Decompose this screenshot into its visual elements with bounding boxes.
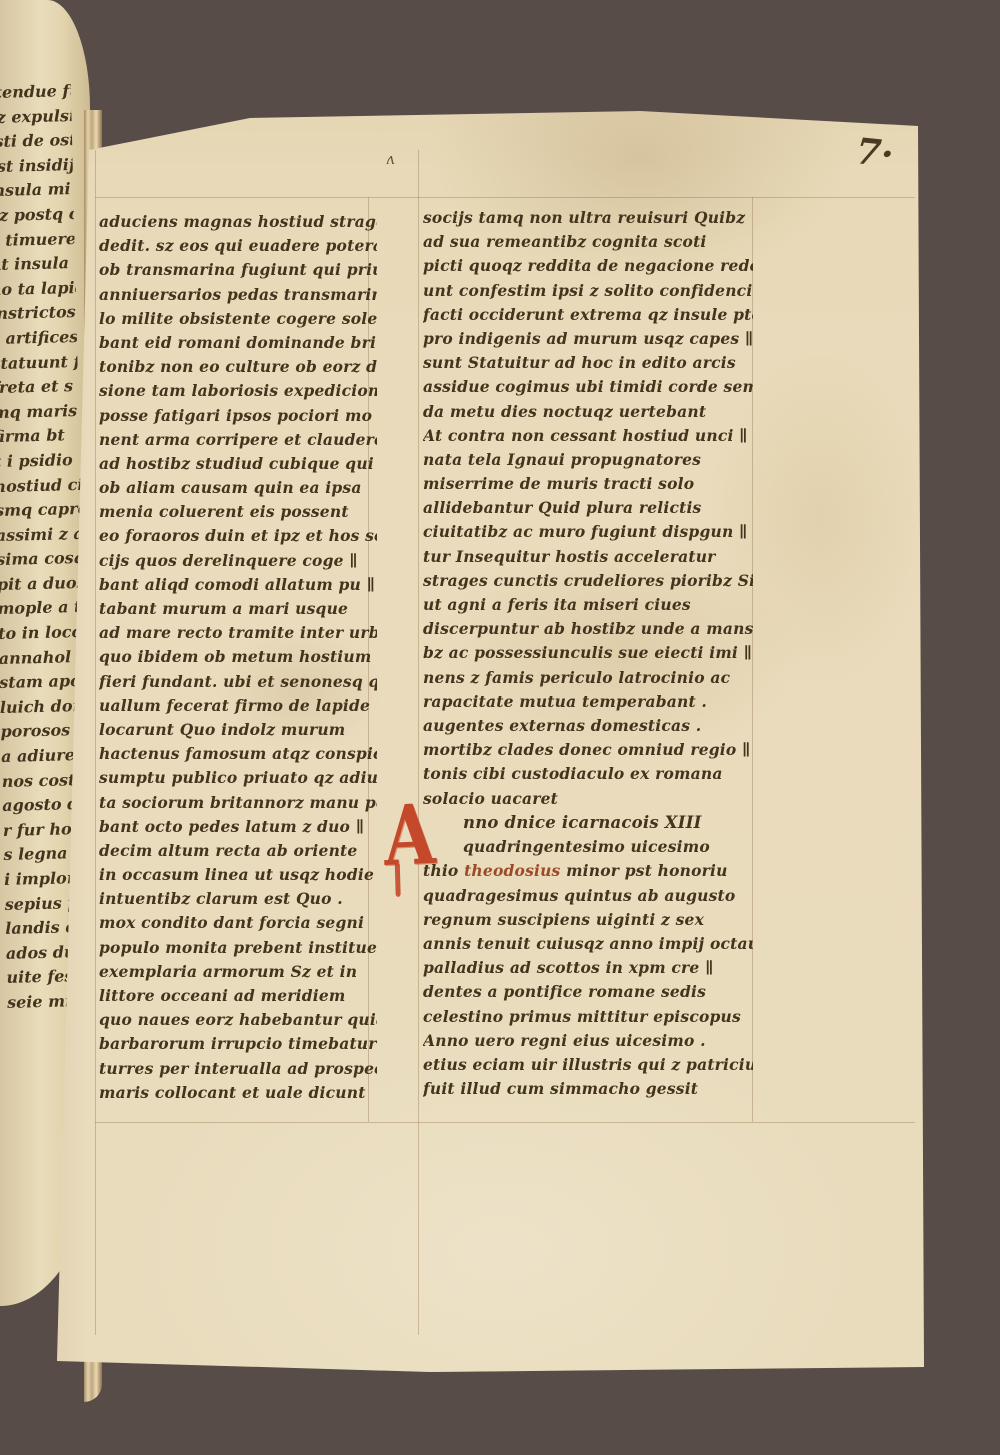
- manuscript-line: picti quoqz reddita de negacione rede ∥: [423, 254, 753, 278]
- manuscript-line: sumptu publico priuato qz adiunc ∥: [99, 766, 377, 790]
- manuscript-line: tonibz non eo culture ob eorz defen ∥: [99, 355, 377, 379]
- manuscript-line: allidebantur Quid plura relictis: [423, 496, 753, 520]
- manuscript-line: dentes a pontifice romane sedis: [423, 980, 753, 1004]
- manuscript-line: annis tenuit cuiusqz anno impij octauo: [423, 932, 753, 956]
- manuscript-line: ob aliam causam quin ea ipsa: [99, 476, 377, 500]
- manuscript-line: palladius ad scottos in xpm cre ∥: [423, 956, 753, 980]
- manuscript-line: ad mare recto tramite inter urbes: [99, 621, 377, 645]
- manuscript-line: luich dom: [0, 694, 86, 721]
- manuscript-line: pit a duos: [0, 571, 83, 598]
- manuscript-line: fuit illud cum simmacho gessit: [423, 1077, 753, 1101]
- manuscript-line: t i psidio: [0, 448, 80, 475]
- manuscript-line: anniuersarios pedas transmarina mil ∥: [99, 283, 377, 307]
- manuscript-line: quo naues eorz habebantur quia et in: [99, 1008, 377, 1032]
- manuscript-line: smq capro: [0, 497, 81, 524]
- manuscript-line: facti occiderunt extrema qz insule ptem: [423, 303, 753, 327]
- manuscript-line: maris collocant et uale dicunt: [99, 1081, 377, 1105]
- manuscript-line: ad sua remeantibz cognita scoti: [423, 230, 753, 254]
- manuscript-line: discerpuntur ab hostibz unde a mansioni …: [423, 617, 753, 641]
- manuscript-line: littore occeani ad meridiem: [99, 984, 377, 1008]
- manuscript-line: mq maris: [0, 399, 79, 426]
- manuscript-line: decim altum recta ab oriente: [99, 839, 377, 863]
- manuscript-line: populo monita prebent instituendorz: [99, 936, 377, 960]
- manuscript-line: ctendue fui: [0, 79, 71, 106]
- manuscript-line: bz ac possessiunculis sue eiecti imi ∥: [423, 641, 753, 665]
- manuscript-line: etius eciam uir illustris qui z patriciu…: [423, 1053, 753, 1077]
- text-column-left: aduciens magnas hostiud stragesdedit. sz…: [99, 210, 377, 1105]
- manuscript-line: est insidijs: [0, 153, 73, 180]
- manuscript-line: da metu dies noctuqz uertebant: [423, 400, 753, 424]
- manuscript-line: tabant murum a mari usque: [99, 597, 377, 621]
- ruling-line-col2-left: [418, 150, 419, 1335]
- manuscript-line: pro indigenis ad murum usqz capes ∥: [423, 327, 753, 351]
- manuscript-line: miserrime de muris tracti solo: [423, 472, 753, 496]
- manuscript-line: bz postq ca: [0, 202, 74, 229]
- manuscript-line: statuunt fe: [0, 350, 78, 377]
- manuscript-line: sima cosq: [0, 546, 83, 573]
- manuscript-line: lo milite obsistente cogere sole ∥: [99, 307, 377, 331]
- manuscript-line: solacio uacaret: [423, 787, 753, 811]
- manuscript-line: exemplaria armorum Sz et in: [99, 960, 377, 984]
- text-column-right-paragraph2: nno dnice icarnacois XIIIquadringentesim…: [423, 811, 753, 1101]
- manuscript-line: intuentibz clarum est Quo .: [99, 887, 377, 911]
- manuscript-line: dedit. sz eos qui euadere poterant: [99, 234, 377, 258]
- manuscript-line: in occasum linea ut usqz hodie: [99, 863, 377, 887]
- manuscript-line: quadringentesimo uicesimo: [423, 835, 753, 859]
- manuscript-line: s artifices h: [0, 325, 77, 352]
- manuscript-line: firma bt: [0, 423, 80, 450]
- manuscript-line: hostiud ciu: [0, 472, 81, 499]
- manuscript-line: At insula: [0, 251, 75, 278]
- manuscript-line: hactenus famosum atqz conspicuum: [99, 742, 377, 766]
- manuscript-line: ad hostibz studiud cubique qui non: [99, 452, 377, 476]
- manuscript-line: no ta lapid: [0, 276, 76, 303]
- manuscript-line: barbarorum irrupcio timebatur: [99, 1032, 377, 1056]
- manuscript-line: bant eid romani dominande bri ∥: [99, 331, 377, 355]
- manuscript-line: uallum fecerat firmo de lapide: [99, 694, 377, 718]
- manuscript-line: mople a t: [0, 595, 84, 622]
- ruling-line-bottom: [95, 1122, 915, 1123]
- quire-mark: ʌ: [386, 150, 394, 168]
- manuscript-line: nens z famis periculo latrocinio ac: [423, 666, 753, 690]
- manuscript-line: assimi z al: [0, 522, 82, 549]
- ruling-line-top: [95, 197, 915, 198]
- manuscript-line: posse fatigari ipsos pociori mo ∥: [99, 404, 377, 428]
- manuscript-line: bant aliqd comodi allatum pu ∥: [99, 573, 377, 597]
- manuscript-line: cijs quos derelinquere coge ∥: [99, 549, 377, 573]
- manuscript-line: celestino primus mittitur episcopus: [423, 1005, 753, 1029]
- manuscript-line: stam apolo: [0, 669, 86, 696]
- manuscript-line: strages cunctis crudeliores pioribz Sic: [423, 569, 753, 593]
- manuscript-line: socijs tamq non ultra reuisuri Quibz: [423, 206, 753, 230]
- manuscript-line: rapacitate mutua temperabant .: [423, 690, 753, 714]
- manuscript-line: annahol og: [0, 645, 85, 672]
- manuscript-line: freta et s: [0, 374, 78, 401]
- manuscript-line: bz expulsi u: [0, 104, 72, 131]
- manuscript-line: mox condito dant forcia segni: [99, 911, 377, 935]
- manuscript-line: mortibz clades donec omniud regio ∥: [423, 738, 753, 762]
- manuscript-line: ciuitatibz ac muro fugiunt dispgun ∥: [423, 520, 753, 544]
- manuscript-line: assidue cogimus ubi timidi corde semp ∥: [423, 375, 753, 399]
- manuscript-line: rsti de oste: [0, 128, 72, 155]
- manuscript-line: Anno uero regni eius uicesimo .: [423, 1029, 753, 1053]
- manuscript-line: unt confestim ipsi z solito confidencior…: [423, 279, 753, 303]
- manuscript-line: augentes externas domesticas .: [423, 714, 753, 738]
- manuscript-line: tonis cibi custodiaculo ex romana: [423, 762, 753, 786]
- manuscript-line: nata tela Ignaui propugnatores: [423, 448, 753, 472]
- ruling-line-left-margin: [95, 150, 96, 1335]
- manuscript-line: bant octo pedes latum z duo ∥: [99, 815, 377, 839]
- manuscript-line: quadragesimus quintus ab augusto: [423, 884, 753, 908]
- manuscript-line: turres per interualla ad prospectum: [99, 1057, 377, 1081]
- manuscript-line: eo foraoros duin et ipz et hos so ∥: [99, 524, 377, 548]
- manuscript-photo: ctendue fuibz expulsi ursti de osteest i…: [0, 0, 1000, 1455]
- manuscript-line: ta sociorum britannorz manu perfece ∥: [99, 791, 377, 815]
- manuscript-line: At contra non cessant hostiud unci ∥: [423, 424, 753, 448]
- text-column-right-paragraph1: socijs tamq non ultra reuisuri Quibzad s…: [423, 206, 753, 811]
- manuscript-line: aduciens magnas hostiud strages: [99, 210, 377, 234]
- manuscript-line: instrictos de: [0, 300, 77, 327]
- manuscript-page: ʌ 7· aduciens magnas hostiud stragesdedi…: [0, 0, 1000, 1455]
- folio-number: 7·: [854, 130, 896, 176]
- manuscript-line: sunt Statuitur ad hoc in edito arcis: [423, 351, 753, 375]
- manuscript-line: thio theodosius minor pst honoriu: [423, 859, 753, 883]
- manuscript-line: ut agni a feris ita miseri ciues: [423, 593, 753, 617]
- manuscript-line: tur Insequitur hostis acceleratur: [423, 545, 753, 569]
- manuscript-line: sione tam laboriosis expedicionez: [99, 379, 377, 403]
- manuscript-line: to in loco i: [0, 620, 84, 647]
- manuscript-line: nent arma corripere et claudere: [99, 428, 377, 452]
- manuscript-line: menia coluerent eis possent: [99, 500, 377, 524]
- manuscript-line: d timuere: [0, 227, 75, 254]
- manuscript-line: regnum suscipiens uiginti z sex: [423, 908, 753, 932]
- manuscript-line: nno dnice icarnacois XIII: [423, 811, 753, 835]
- manuscript-line: locarunt Quo indolz murum: [99, 718, 377, 742]
- manuscript-line: insula mi: [0, 177, 74, 204]
- manuscript-line: fieri fundant. ubi et senonesq quida: [99, 670, 377, 694]
- manuscript-line: ob transmarina fugiunt qui prius: [99, 258, 377, 282]
- manuscript-line: quo ibidem ob metum hostium .: [99, 645, 377, 669]
